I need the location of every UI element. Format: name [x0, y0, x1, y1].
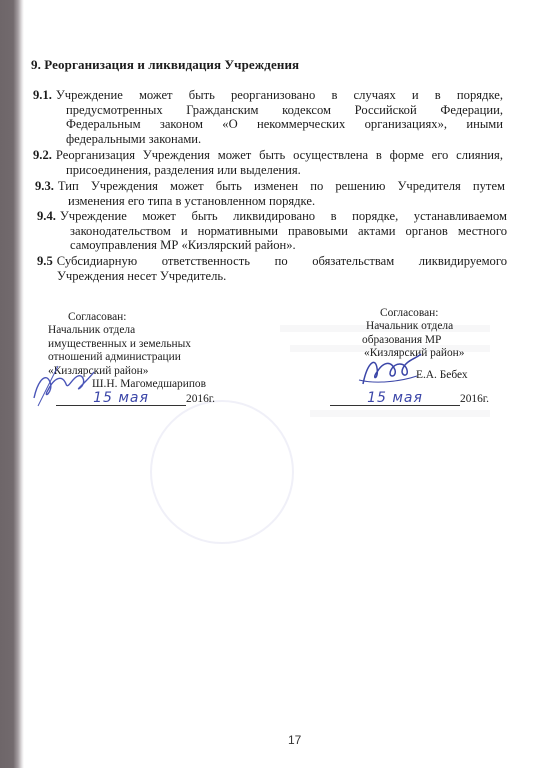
signatory-title: имущественных и земельных	[48, 338, 206, 351]
clause-9-4: 9.4.Учреждение может быть ликвидировано …	[37, 209, 507, 253]
handwritten-signature-right	[355, 350, 425, 390]
signatory-title: Начальник отдела	[48, 324, 206, 337]
date-line-right: 15 мая2016г.	[330, 391, 489, 406]
clause-number: 9.3.	[35, 179, 54, 193]
signatory-name: Е.А. Бебех	[416, 369, 468, 382]
date-line-left: 15 мая2016г.	[56, 391, 215, 406]
clause-text: Учреждение может быть реорганизовано в с…	[56, 88, 503, 102]
clause-text: Федеральным законом «О некоммерческих ор…	[33, 117, 503, 132]
clause-text: изменения его типа в установленном поряд…	[35, 194, 505, 209]
clause-text: присоединения, разделения или выделения.	[33, 163, 503, 178]
document-page: 9. Реорганизация и ликвидация Учреждения…	[0, 0, 558, 768]
signatory-title: образования МР	[362, 334, 464, 347]
date-year: 2016г.	[460, 393, 489, 405]
handwritten-date: 15 мая	[56, 391, 186, 406]
clause-9-1: 9.1.Учреждение может быть реорганизовано…	[33, 88, 503, 146]
clause-number: 9.2.	[33, 148, 52, 162]
agreed-label: Согласован:	[48, 311, 206, 324]
page-number: 17	[288, 733, 301, 747]
clause-text: федеральными законами.	[33, 132, 503, 147]
clause-9-2: 9.2.Реорганизация Учреждения может быть …	[33, 148, 503, 177]
clause-9-5: 9.5Субсидиарную ответственность по обяза…	[37, 254, 507, 283]
date-year: 2016г.	[186, 393, 215, 405]
handwritten-date: 15 мая	[330, 391, 460, 406]
clause-number: 9.1.	[33, 88, 52, 102]
agreed-label: Согласован:	[362, 307, 464, 320]
clause-text: Реорганизация Учреждения может быть осущ…	[56, 148, 503, 162]
bleed-through	[310, 410, 490, 417]
clause-text: Учреждение может быть ликвидировано в по…	[60, 209, 507, 223]
section-heading: 9. Реорганизация и ликвидация Учреждения	[31, 57, 299, 73]
clause-number: 9.4.	[37, 209, 56, 223]
faint-stamp	[150, 400, 294, 544]
clause-number: 9.5	[37, 254, 53, 268]
clause-text: законодательством и нормативными правовы…	[37, 224, 507, 239]
clause-text: Тип Учреждения может быть изменен по реш…	[58, 179, 505, 193]
clause-text: Субсидиарную ответственность по обязател…	[57, 254, 507, 268]
clause-text: самоуправления МР «Кизлярский район».	[37, 238, 507, 253]
clause-text: предусмотренных Гражданским кодексом Рос…	[33, 103, 503, 118]
signatory-title: Начальник отдела	[362, 320, 464, 333]
clause-9-3: 9.3.Тип Учреждения может быть изменен по…	[35, 179, 505, 208]
clause-text: Учреждения несет Учредитель.	[37, 269, 507, 284]
signatory-name-right: Е.А. Бебех	[416, 369, 468, 382]
